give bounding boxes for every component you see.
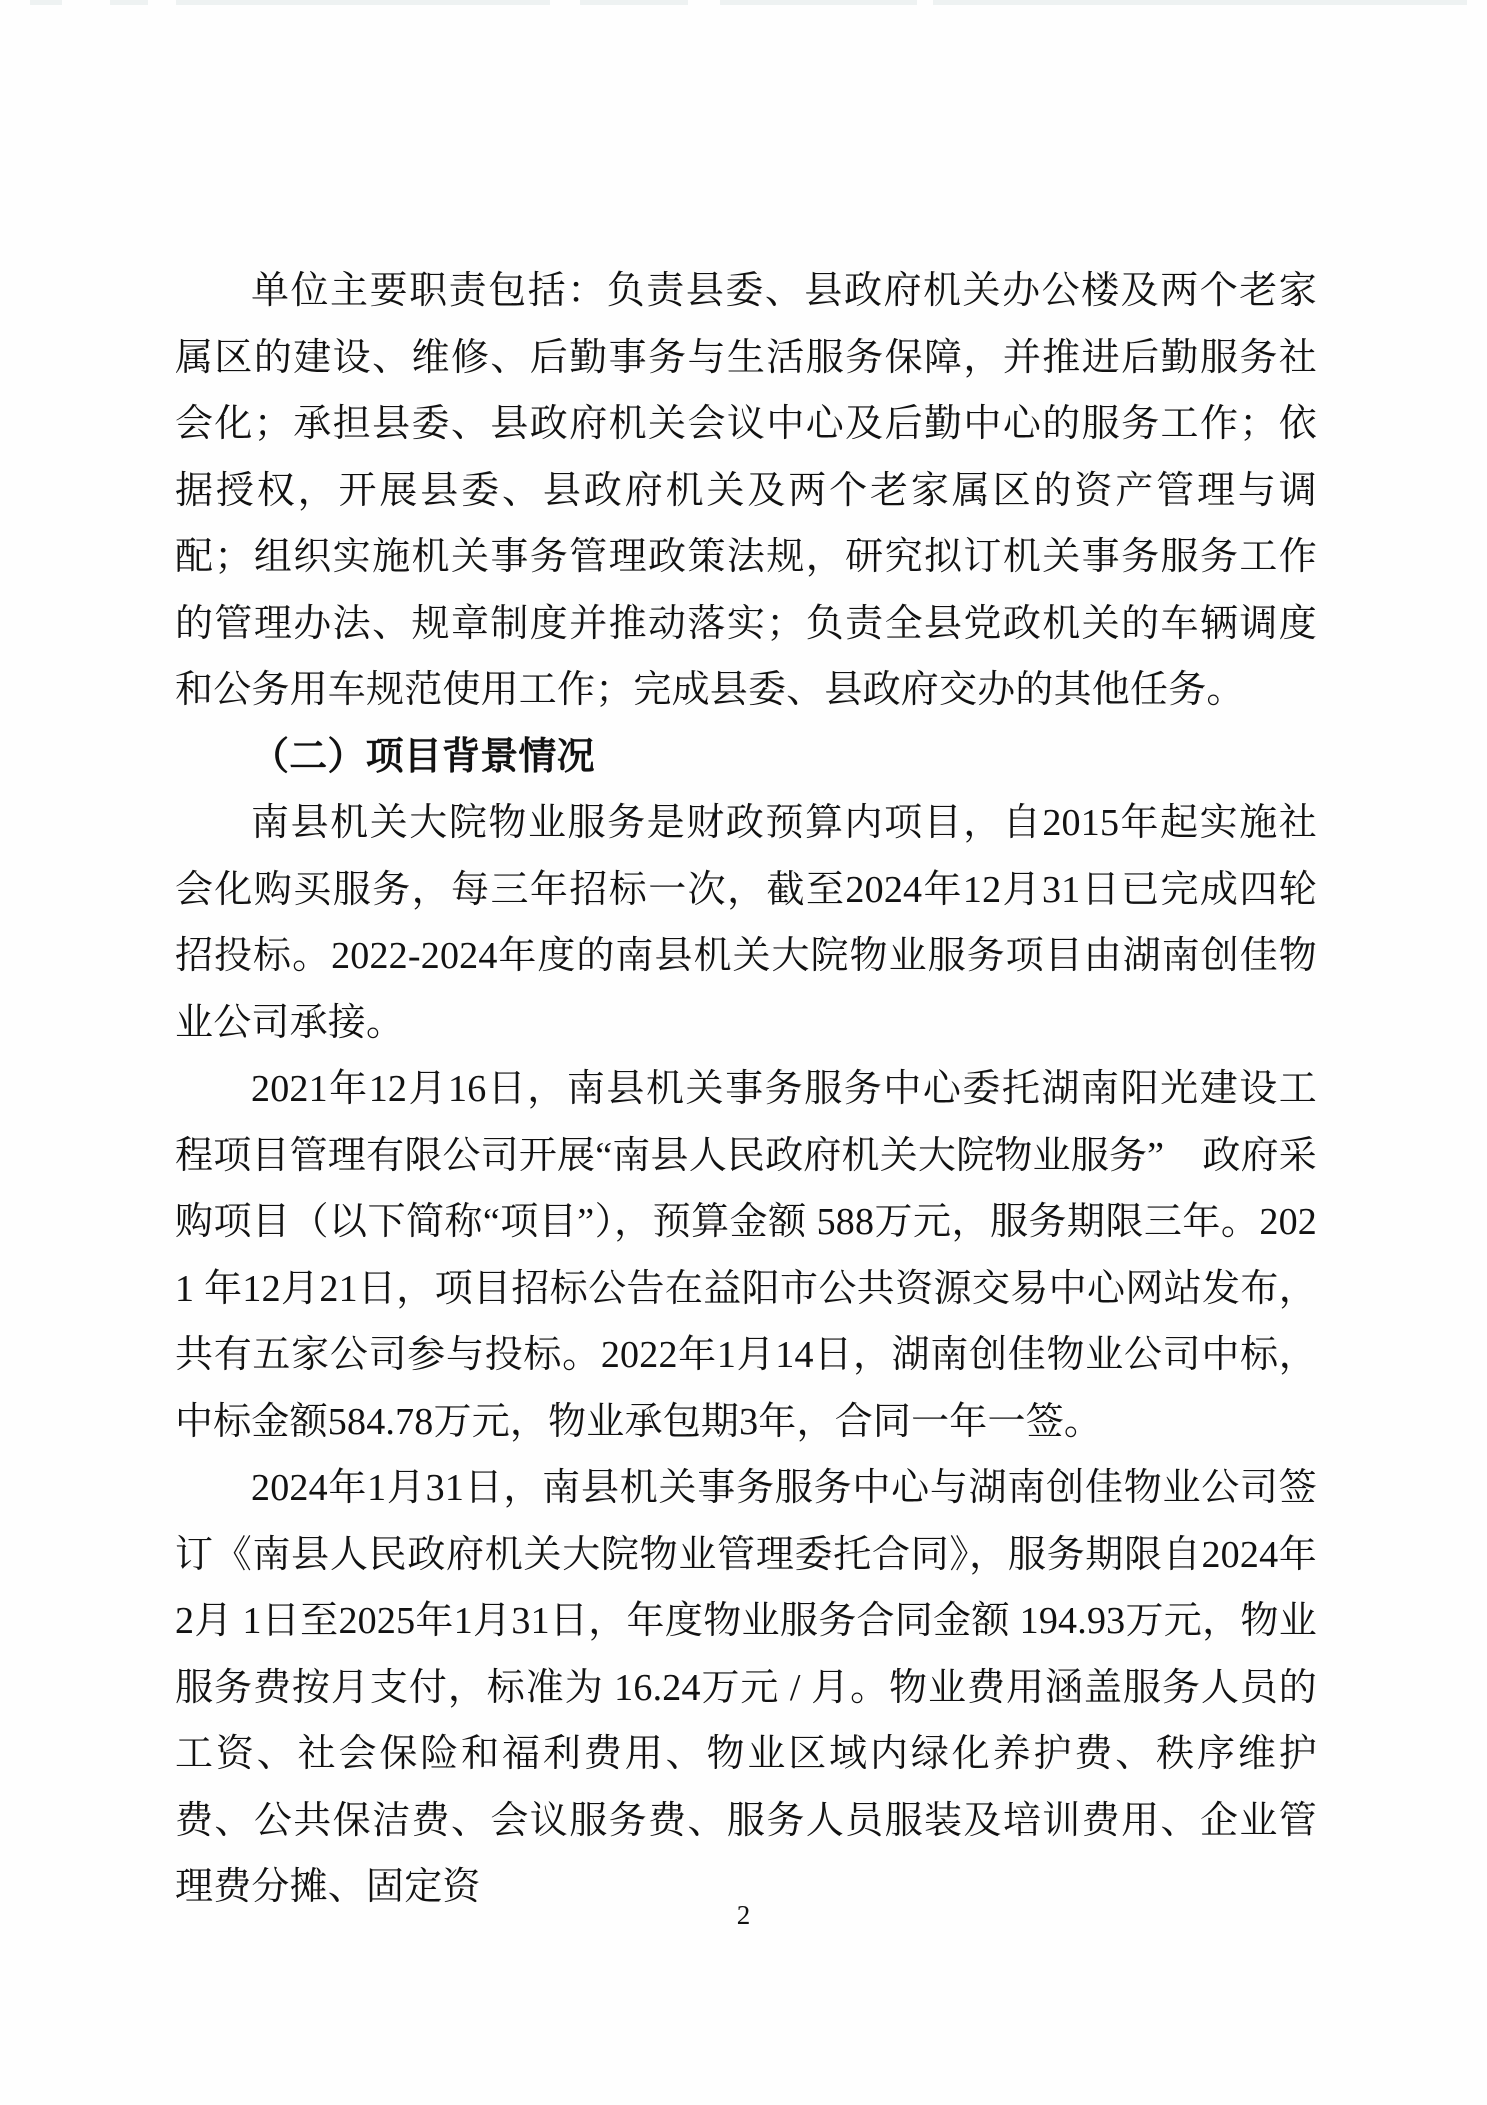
scan-artifact (933, 0, 1467, 5)
section-heading-project-background: （二）项目背景情况 (175, 724, 1317, 791)
scan-artifact (110, 0, 148, 5)
scan-artifact (30, 0, 62, 5)
page-body-text: 单位主要职责包括：负责县委、县政府机关办公楼及两个老家属区的建设、维修、后勤事务… (175, 258, 1317, 1921)
paragraph-procurement-history: 2021年12月16日，南县机关事务服务中心委托湖南阳光建设工程项目管理有限公司… (175, 1056, 1317, 1455)
paragraph-unit-duties: 单位主要职责包括：负责县委、县政府机关办公楼及两个老家属区的建设、维修、后勤事务… (175, 258, 1317, 724)
document-page: 单位主要职责包括：负责县委、县政府机关办公楼及两个老家属区的建设、维修、后勤事务… (0, 0, 1487, 2105)
scan-artifact (720, 0, 917, 5)
paragraph-project-intro: 南县机关大院物业服务是财政预算内项目，自2015年起实施社会化购买服务，每三年招… (175, 790, 1317, 1056)
scan-artifact-strip (0, 0, 1487, 6)
page-number: 2 (0, 1898, 1487, 1932)
scan-artifact (580, 0, 688, 5)
scan-artifact (176, 0, 550, 5)
paragraph-contract-2024: 2024年1月31日，南县机关事务服务中心与湖南创佳物业公司签订《南县人民政府机… (175, 1455, 1317, 1921)
